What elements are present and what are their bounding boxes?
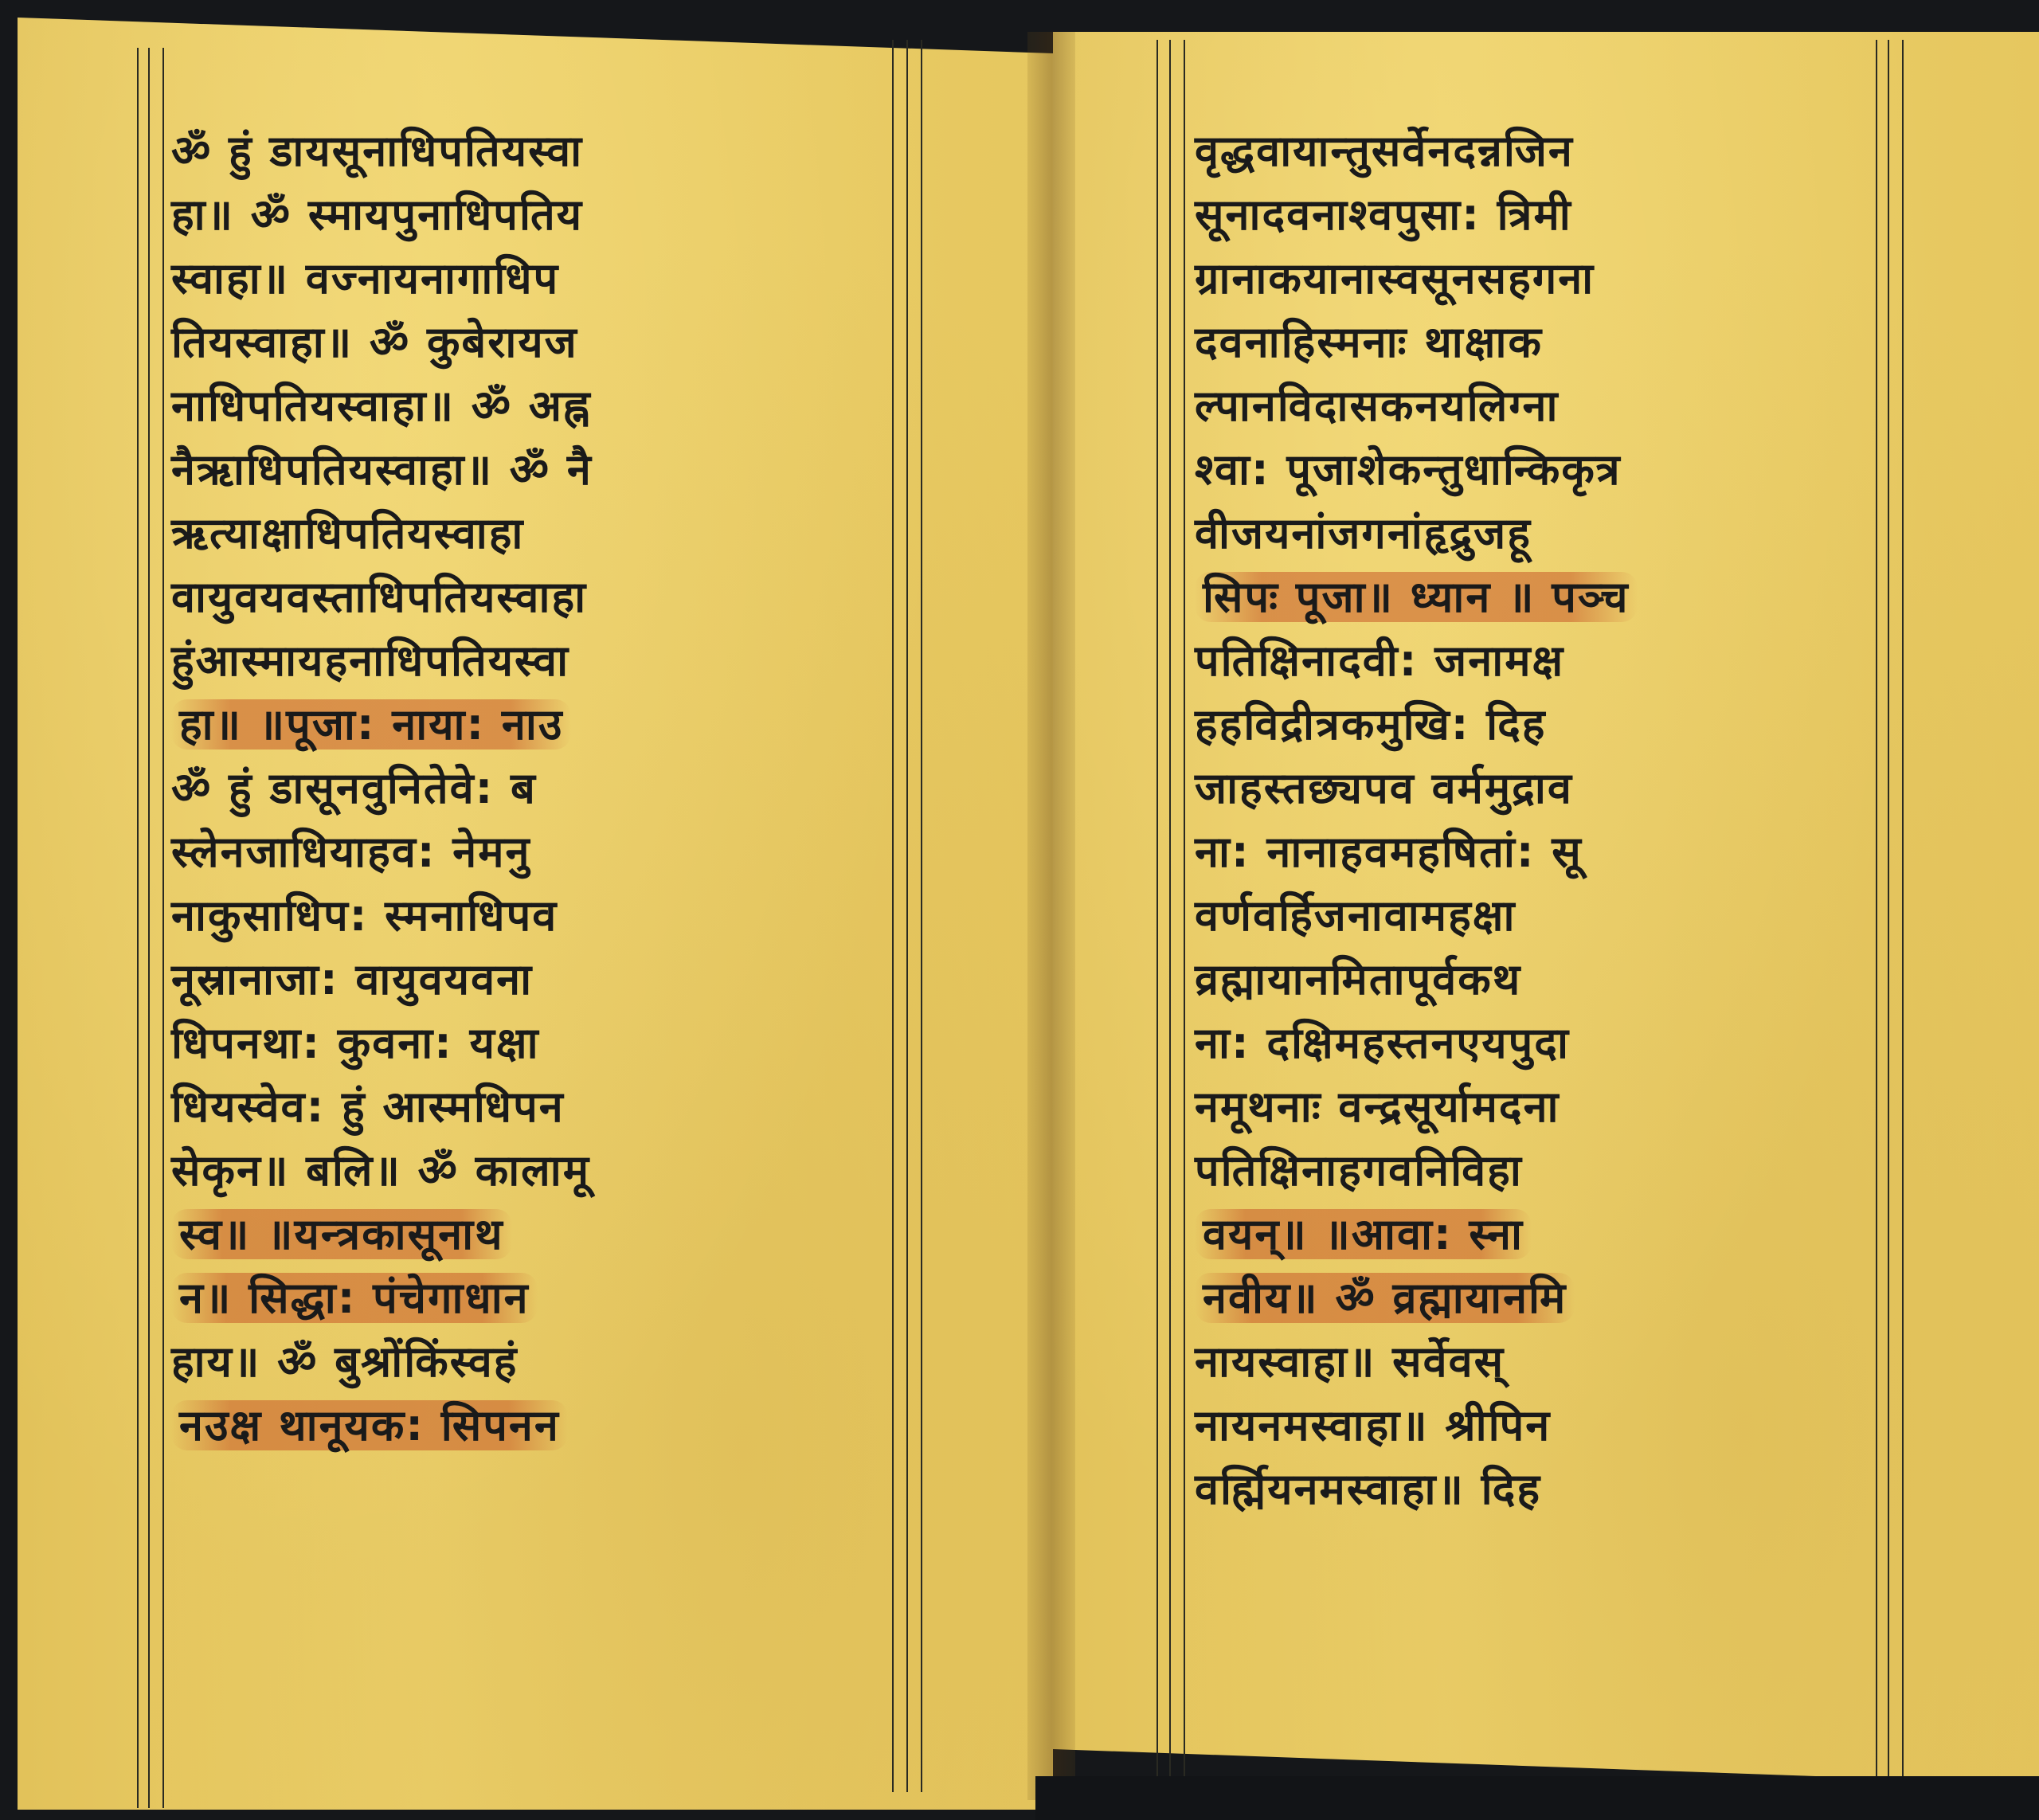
rubricated-heading: सिपः पूजा॥ ध्यान ॥ पञ्च: [1195, 572, 1638, 622]
rubricated-heading: न॥ सिद्धा: पंचेगाधान: [171, 1273, 538, 1323]
line-text: वीजयनांजगनांहृद्रुजहू: [1195, 508, 1532, 558]
line-text: ना: दक्षिमहस्तनएयपुदा: [1195, 1018, 1570, 1068]
manuscript-line: नायनमस्वाहा॥ श्रीपिन: [1195, 1394, 1872, 1458]
manuscript-line: पतिक्षिनाहगवनिविहा: [1195, 1139, 1872, 1203]
manuscript-line: ना: दक्षिमहस्तनएयपुदा: [1195, 1012, 1872, 1075]
right-page-margin-rule: [1156, 40, 1158, 1776]
right-page-margin-rule: [1888, 40, 1889, 1776]
line-text: हा॥ ॐ स्मायपुनाधिपतिय: [171, 190, 583, 240]
line-text: व्रह्मायानमितापूर्वकथ: [1195, 954, 1521, 1004]
manuscript-line: नैऋाधिपतियस्वाहा॥ ॐ नै: [171, 438, 888, 502]
manuscript-line: नमूथनाः वन्द्रसूर्यामदना: [1195, 1075, 1872, 1139]
manuscript-line: हा॥ ॥पूजा: नाया: नाउ: [171, 693, 888, 757]
manuscript-line: नाधिपतियस्वाहा॥ ॐ अह्न: [171, 374, 888, 438]
right-page-margin-rule: [1184, 40, 1185, 1776]
right-page-margin-rule: [1902, 40, 1904, 1776]
manuscript-line: ना: नानाहवमहषितां: सू: [1195, 820, 1872, 884]
line-text: हाय॥ ॐ बुश्रोंकिंस्वहं: [171, 1337, 518, 1387]
book-gutter: [1027, 32, 1075, 1800]
manuscript-line: तियस्वाहा॥ ॐ कुबेरायज: [171, 311, 888, 374]
manuscript-line: हहविद्रीत्रकमुखि: दिह: [1195, 693, 1872, 757]
manuscript-line: ल्पानविदासकनयलिग्ना: [1195, 374, 1872, 438]
manuscript-line: सेकृन॥ बलि॥ ॐ कालामू: [171, 1139, 888, 1203]
manuscript-line: सूनादवनाश्वपुसा: त्रिमी: [1195, 183, 1872, 247]
line-text: सूनादवनाश्वपुसा: त्रिमी: [1195, 190, 1572, 240]
line-text: नैऋाधिपतियस्वाहा॥ ॐ नै: [171, 444, 593, 495]
manuscript-line: स्लेनजाधियाहव: नेमनु: [171, 820, 888, 884]
manuscript-line: ॐ हुं डायसूनाधिपतियस्वा: [171, 119, 888, 183]
manuscript-line: ऋत्याक्षाधिपतियस्वाहा: [171, 502, 888, 566]
manuscript-line: पतिक्षिनादवी: जनामक्ष: [1195, 629, 1872, 693]
line-text: नायनमस्वाहा॥ श्रीपिन: [1195, 1400, 1551, 1450]
line-text: नूस्रानाजा: वायुवयवना: [171, 954, 533, 1004]
manuscript-line: नूस्रानाजा: वायुवयवना: [171, 948, 888, 1012]
line-text: सेकृन॥ बलि॥ ॐ कालामू: [171, 1145, 590, 1196]
line-text: ॐ हुं डासूनवुनितेवे: ब: [171, 763, 537, 813]
manuscript-line: नवीय॥ ॐ व्रह्मायानमि: [1195, 1266, 1872, 1330]
left-page-text: ॐ हुं डायसूनाधिपतियस्वाहा॥ ॐ स्मायपुनाधि…: [171, 119, 888, 1458]
manuscript-line: सिपः पूजा॥ ध्यान ॥ पञ्च: [1195, 566, 1872, 629]
line-text: नाधिपतियस्वाहा॥ ॐ अह्न: [171, 381, 592, 431]
manuscript-line: वृद्धवायान्तुसर्वेनदन्नजिन: [1195, 119, 1872, 183]
line-text: धिपनथा: कुवना: यक्षा: [171, 1018, 540, 1068]
line-text: ॐ हुं डायसूनाधिपतियस्वा: [171, 126, 583, 176]
left-page-margin-rule: [892, 40, 894, 1792]
manuscript-line: वीजयनांजगनांहृद्रुजहू: [1195, 502, 1872, 566]
line-text: वृद्धवायान्तुसर्वेनदन्नजिन: [1195, 126, 1574, 176]
open-manuscript: ॐ हुं डायसूनाधिपतियस्वाहा॥ ॐ स्मायपुनाधि…: [0, 0, 2039, 1820]
line-text: ग्रानाकयानास्वसूनसहगना: [1195, 253, 1595, 303]
line-text: हहविद्रीत्रकमुखि: दिह: [1195, 699, 1546, 750]
right-page-margin-rule: [1876, 40, 1877, 1776]
manuscript-line: नाकुसाधिप: स्मनाधिपव: [171, 884, 888, 948]
line-text: दवनाहिस्मनाः थाक्षाक: [1195, 317, 1543, 367]
right-page-margin-rule: [1169, 40, 1171, 1776]
line-text: जाहस्तछ्यपव वर्ममुद्राव: [1195, 763, 1573, 813]
line-text: स्वाहा॥ वज्नायनागाधिप: [171, 253, 559, 303]
line-text: नायस्वाहा॥ सर्वेवस्: [1195, 1337, 1505, 1387]
line-text: वर्ह्मियनमस्वाहा॥ दिह: [1195, 1464, 1541, 1514]
manuscript-line: हाय॥ ॐ बुश्रोंकिंस्वहं: [171, 1330, 888, 1394]
line-text: तियस्वाहा॥ ॐ कुबेरायज: [171, 317, 578, 367]
manuscript-line: श्वा: पूजाशेकन्तुधान्किकृत्र: [1195, 438, 1872, 502]
line-text: स्लेनजाधियाहव: नेमनु: [171, 827, 530, 877]
manuscript-line: हा॥ ॐ स्मायपुनाधिपतिय: [171, 183, 888, 247]
line-text: हुंआस्मायहनाधिपतियस्वा: [171, 636, 569, 686]
line-text: धियस्वेव: हुं आस्मधिपन: [171, 1082, 565, 1132]
left-page-margin-rule: [906, 40, 908, 1792]
rubricated-heading: हा॥ ॥पूजा: नाया: नाउ: [171, 699, 571, 750]
manuscript-line: हुंआस्मायहनाधिपतियस्वा: [171, 629, 888, 693]
manuscript-line: नउक्ष थानूयक: सिपनन: [171, 1394, 888, 1458]
right-page-text: वृद्धवायान्तुसर्वेनदन्नजिनसूनादवनाश्वपुस…: [1195, 119, 1872, 1521]
manuscript-line: वायुवयवस्ताधिपतियस्वाहा: [171, 566, 888, 629]
manuscript-line: ग्रानाकयानास्वसूनसहगना: [1195, 247, 1872, 311]
line-text: ऋत्याक्षाधिपतियस्वाहा: [171, 508, 524, 558]
manuscript-line: जाहस्तछ्यपव वर्ममुद्राव: [1195, 757, 1872, 820]
manuscript-line: धिपनथा: कुवना: यक्षा: [171, 1012, 888, 1075]
manuscript-line: स्व॥ ॥यन्त्रकासूनाथ: [171, 1203, 888, 1266]
line-text: श्वा: पूजाशेकन्तुधान्किकृत्र: [1195, 444, 1622, 495]
background-cloth: [1035, 1776, 2039, 1820]
left-page-margin-rule: [148, 48, 150, 1808]
left-page-margin-rule: [921, 40, 922, 1792]
line-text: पतिक्षिनाहगवनिविहा: [1195, 1145, 1523, 1196]
manuscript-line: वर्ह्मियनमस्वाहा॥ दिह: [1195, 1458, 1872, 1521]
line-text: वायुवयवस्ताधिपतियस्वाहा: [171, 572, 587, 622]
line-text: नमूथनाः वन्द्रसूर्यामदना: [1195, 1082, 1560, 1132]
rubricated-heading: नउक्ष थानूयक: सिपनन: [171, 1400, 568, 1450]
manuscript-line: वयन्॥ ॥आवा: स्ना: [1195, 1203, 1872, 1266]
line-text: पतिक्षिनादवी: जनामक्ष: [1195, 636, 1564, 686]
manuscript-line: नायस्वाहा॥ सर्वेवस्: [1195, 1330, 1872, 1394]
manuscript-line: वर्णवर्हिजनावामहक्षा: [1195, 884, 1872, 948]
manuscript-line: व्रह्मायानमितापूर्वकथ: [1195, 948, 1872, 1012]
manuscript-line: न॥ सिद्धा: पंचेगाधान: [171, 1266, 888, 1330]
manuscript-line: धियस्वेव: हुं आस्मधिपन: [171, 1075, 888, 1139]
rubricated-heading: नवीय॥ ॐ व्रह्मायानमि: [1195, 1273, 1575, 1323]
left-page-margin-rule: [137, 48, 139, 1808]
rubricated-heading: वयन्॥ ॥आवा: स्ना: [1195, 1209, 1532, 1259]
line-text: वर्णवर्हिजनावामहक्षा: [1195, 890, 1516, 941]
manuscript-line: दवनाहिस्मनाः थाक्षाक: [1195, 311, 1872, 374]
manuscript-line: ॐ हुं डासूनवुनितेवे: ब: [171, 757, 888, 820]
line-text: ल्पानविदासकनयलिग्ना: [1195, 381, 1559, 431]
rubricated-heading: स्व॥ ॥यन्त्रकासूनाथ: [171, 1209, 512, 1259]
manuscript-line: स्वाहा॥ वज्नायनागाधिप: [171, 247, 888, 311]
line-text: नाकुसाधिप: स्मनाधिपव: [171, 890, 558, 941]
left-page-margin-rule: [162, 48, 164, 1808]
line-text: ना: नानाहवमहषितां: सू: [1195, 827, 1583, 877]
